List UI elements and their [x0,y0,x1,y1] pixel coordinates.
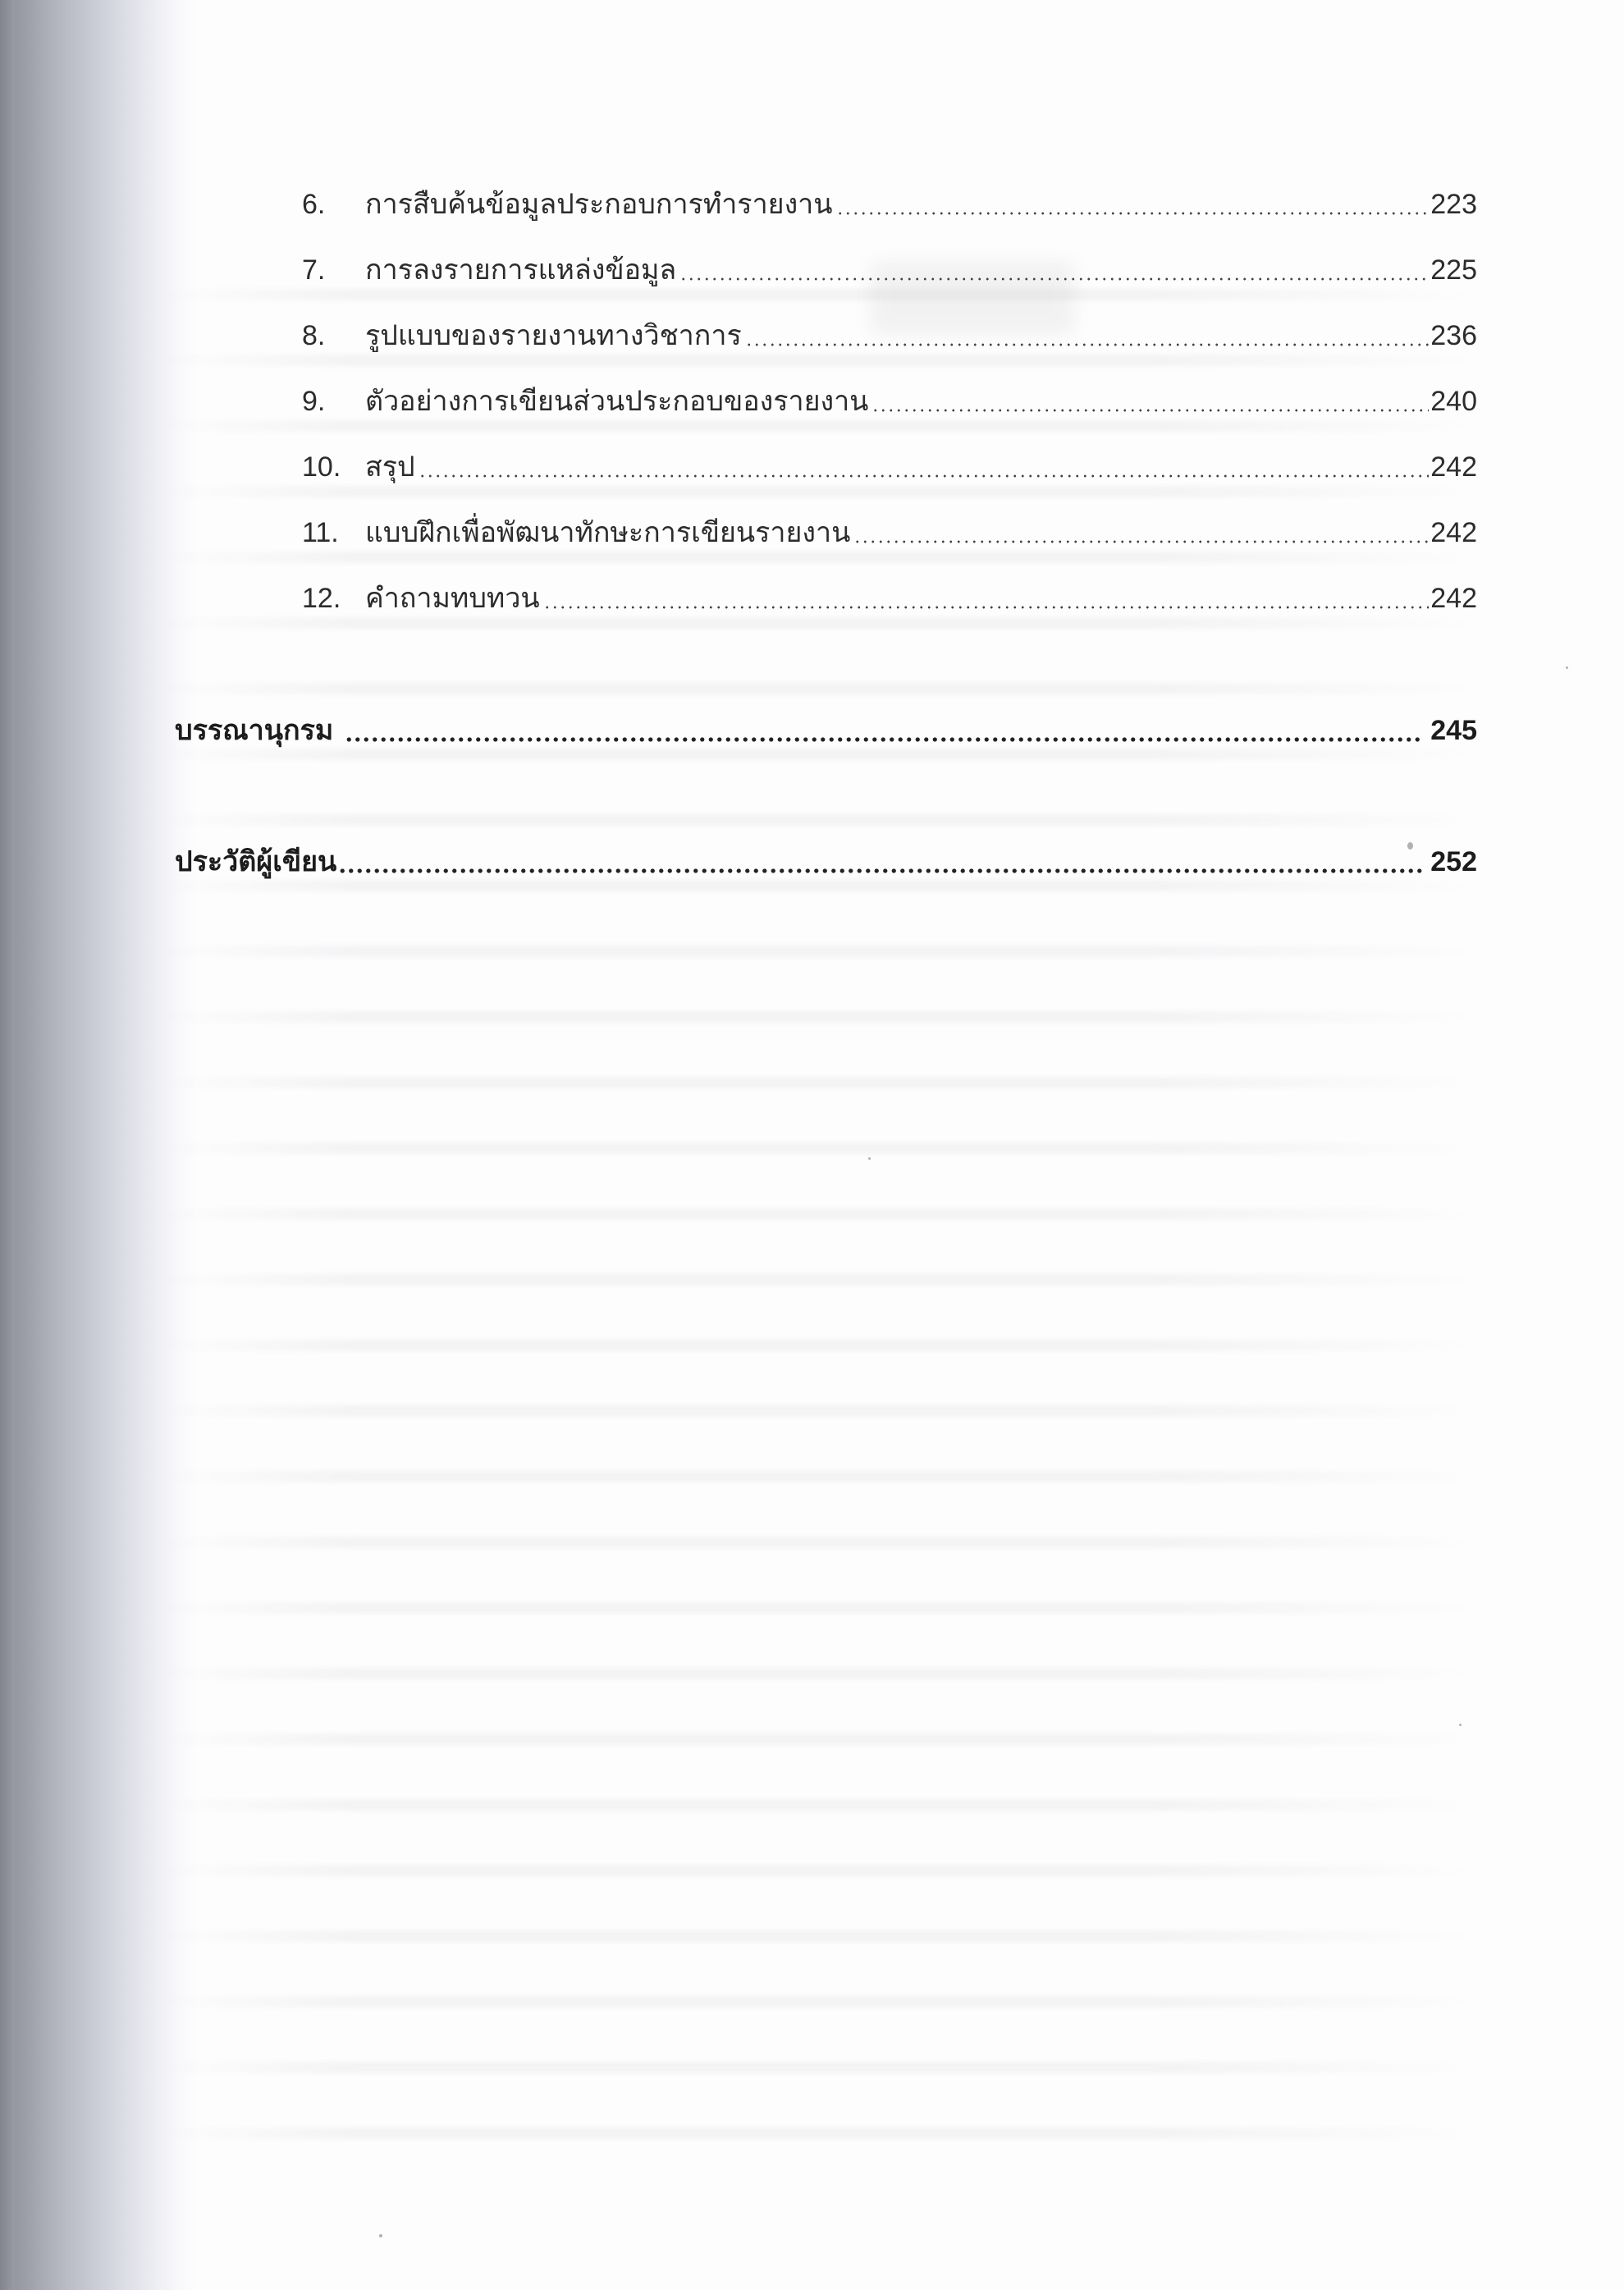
toc-entry-page: 240 [1430,382,1477,420]
toc-entry-number: 10. [302,448,365,486]
toc-entry-10[interactable]: 10. สรุป 242 [302,448,1477,486]
toc-entry-title: ประวัติผู้เขียน [175,842,336,882]
toc-entry-number: 12. [302,579,365,617]
toc-entry-6[interactable]: 6. การสืบค้นข้อมูลประกอบการทำรายงาน 223 [302,185,1477,223]
scan-speck [379,2234,382,2237]
toc-entry-title: ตัวอย่างการเขียนส่วนประกอบของรายงาน [365,382,868,420]
toc-entry-title: สรุป [365,448,415,486]
toc-entry-title: การลงรายการแหล่งข้อมูล [365,251,676,289]
scan-speck [1407,842,1413,850]
toc-entry-number: 11. [302,514,365,552]
dot-leader [853,540,1429,543]
dot-leader [679,277,1429,281]
toc-entry-8[interactable]: 8. รูปแบบของรายงานทางวิชาการ 236 [302,317,1477,355]
scan-speck [1566,666,1568,669]
toc-entry-number: 7. [302,251,365,289]
toc-entry-number: 6. [302,185,365,223]
toc-entry-number: 9. [302,382,365,420]
dot-leader [836,212,1430,215]
toc-entry-title: การสืบค้นข้อมูลประกอบการทำรายงาน [365,185,833,223]
toc-entry-page: 245 [1430,711,1477,750]
toc-entry-9[interactable]: 9. ตัวอย่างการเขียนส่วนประกอบของรายงาน 2… [302,382,1477,420]
toc-entry-page: 223 [1430,185,1477,223]
dot-leader [338,868,1422,873]
toc-entry-title: คำถามทบทวน [365,579,540,617]
toc-entry-page: 242 [1430,514,1477,552]
toc-entry-title: แบบฝึกเพื่อพัฒนาทักษะการเขียนรายงาน [365,514,850,552]
dot-leader [745,343,1430,346]
toc-entry-7[interactable]: 7. การลงรายการแหล่งข้อมูล 225 [302,251,1477,289]
dot-leader [543,606,1430,609]
toc-entry-bibliography[interactable]: บรรณานุกรม 245 [175,711,1477,750]
toc-entry-page: 225 [1430,251,1477,289]
toc-entry-page: 242 [1430,448,1477,486]
table-of-contents: 6. การสืบค้นข้อมูลประกอบการทำรายงาน 223 … [0,0,1624,2290]
scan-speck [868,1157,871,1160]
toc-entry-11[interactable]: 11. แบบฝึกเพื่อพัฒนาทักษะการเขียนรายงาน … [302,514,1477,552]
toc-entry-12[interactable]: 12. คำถามทบทวน 242 [302,579,1477,617]
scan-speck [1459,1724,1462,1726]
dot-leader [419,474,1430,478]
toc-entry-page: 242 [1430,579,1477,617]
dot-leader [871,409,1429,412]
dot-leader [345,737,1422,742]
toc-entry-author-biography[interactable]: ประวัติผู้เขียน 252 [175,842,1477,882]
toc-entry-page: 252 [1430,842,1477,882]
toc-entry-title: บรรณานุกรม [175,711,333,750]
toc-entry-page: 236 [1430,317,1477,355]
toc-entry-number: 8. [302,317,365,355]
toc-entry-title: รูปแบบของรายงานทางวิชาการ [365,317,742,355]
